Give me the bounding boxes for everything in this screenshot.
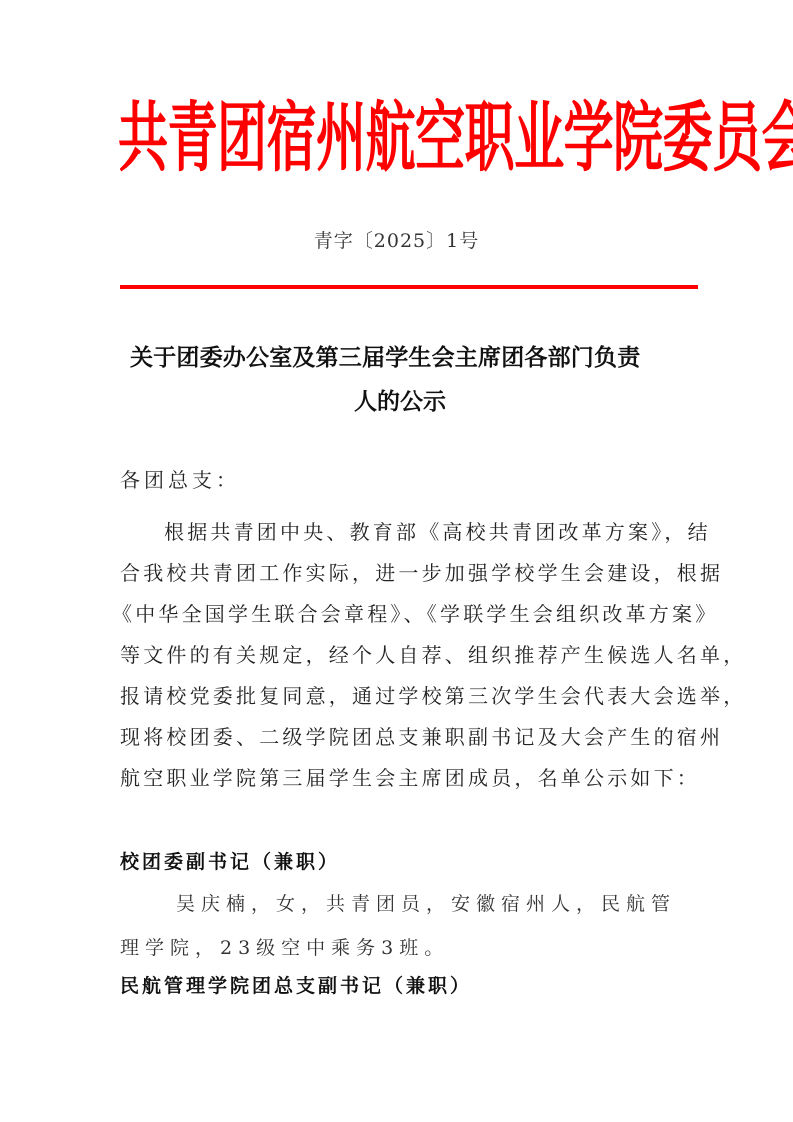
- body-line: 现将校团委、二级学院团总支兼职副书记及大会产生的宿州: [120, 717, 665, 758]
- document-title: 关于团委办公室及第三届学生会主席团各部门负责 人的公示: [120, 336, 680, 424]
- salutation: 各团总支：: [120, 466, 240, 494]
- body-paragraph: 根据共青团中央、教育部《高校共青团改革方案》，结 合我校共青团工作实际，进一步加…: [120, 512, 665, 799]
- document-number: 青字〔2025〕1号: [0, 228, 793, 254]
- section-heading-civil-aviation-deputy-secretary: 民航管理学院团总支副书记（兼职）: [120, 972, 472, 1000]
- red-divider-line: [120, 285, 698, 289]
- member-line: 吴庆楠，女，共青团员，安徽宿州人，民航管: [120, 882, 680, 926]
- section-heading-school-league-deputy-secretary: 校团委副书记（兼职）: [120, 848, 340, 876]
- body-line: 航空职业学院第三届学生会主席团成员，名单公示如下：: [120, 758, 665, 799]
- title-line-1: 关于团委办公室及第三届学生会主席团各部门负责: [120, 336, 680, 380]
- document-page: 共青团宿州航空职业学院委员会文件 青字〔2025〕1号 关于团委办公室及第三届学…: [0, 0, 793, 1122]
- body-line: 根据共青团中央、教育部《高校共青团改革方案》，结: [120, 512, 665, 553]
- body-line: 合我校共青团工作实际，进一步加强学校学生会建设，根据: [120, 553, 665, 594]
- body-line: 等文件的有关规定，经个人自荐、组织推荐产生候选人名单，: [120, 635, 665, 676]
- member-entry: 吴庆楠，女，共青团员，安徽宿州人，民航管 理学院，23级空中乘务3班。: [120, 882, 680, 970]
- header-title-text: 共青团宿州航空职业学院委员会文件: [118, 88, 712, 188]
- member-line: 理学院，23级空中乘务3班。: [120, 926, 680, 970]
- red-header-title: 共青团宿州航空职业学院委员会文件: [118, 88, 718, 188]
- title-line-2: 人的公示: [120, 380, 680, 424]
- body-line: 《中华全国学生联合会章程》、《学联学生会组织改革方案》: [112, 594, 665, 635]
- body-line: 报请校党委批复同意，通过学校第三次学生会代表大会选举，: [120, 676, 665, 717]
